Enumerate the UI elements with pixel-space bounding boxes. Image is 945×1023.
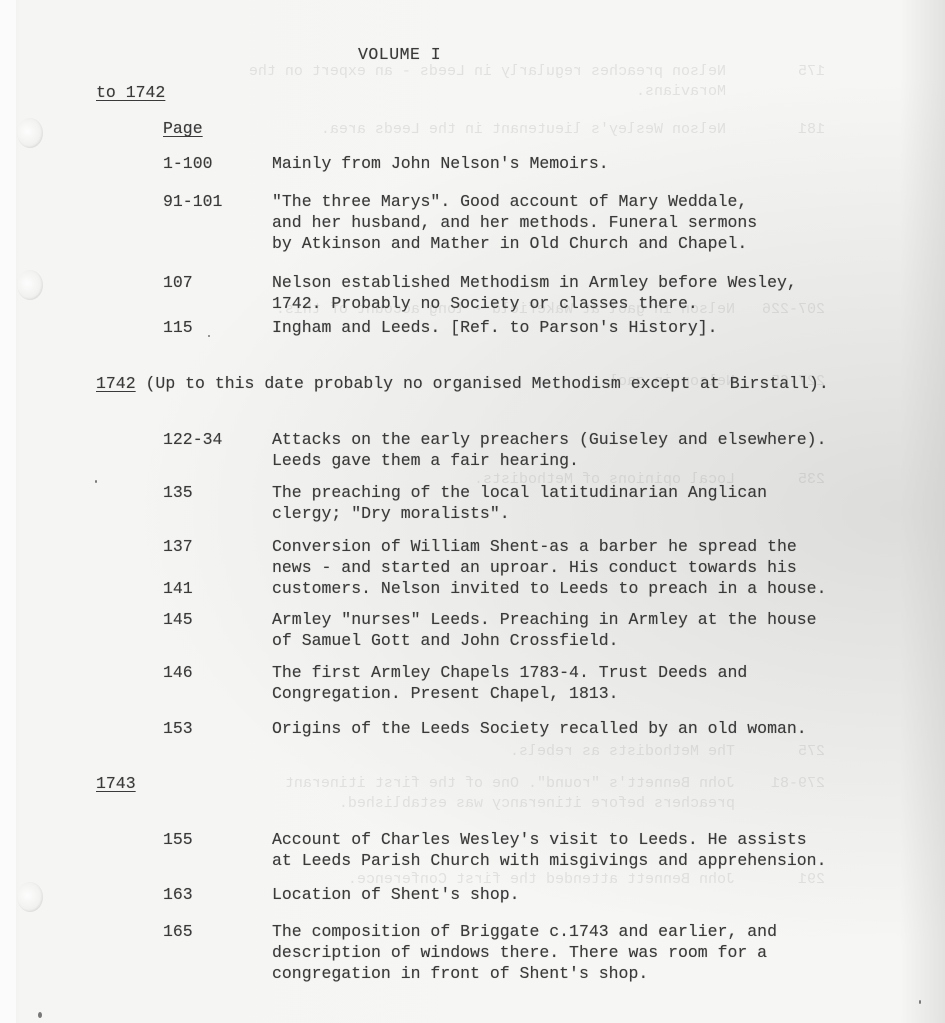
entry-page: 107	[163, 272, 263, 293]
page-column-header: Page	[163, 118, 203, 139]
section-heading: to 1742	[96, 82, 165, 103]
scan-speck	[208, 335, 210, 337]
entry-page: 1-100	[163, 153, 263, 174]
entry-page: 165	[163, 921, 263, 942]
entry-page: 137	[163, 536, 263, 557]
scan-speck	[919, 1000, 921, 1004]
entry-text: Nelson established Methodism in Armley b…	[272, 272, 937, 314]
section-heading: 1742	[96, 374, 136, 393]
document-title: VOLUME I	[358, 44, 441, 65]
entry-text: Location of Shent's shop.	[272, 884, 937, 905]
entry-page: 145	[163, 609, 263, 630]
entry-page: 163	[163, 884, 263, 905]
entry-text: Account of Charles Wesley's visit to Lee…	[272, 829, 937, 871]
entry-text: Attacks on the early preachers (Guiseley…	[272, 429, 937, 471]
scanned-page: 175 Nelson preaches regularly in Leeds -…	[0, 0, 945, 1023]
section-note: (Up to this date probably no organised M…	[136, 374, 829, 393]
entry-page: 91-101	[163, 191, 263, 212]
entry-page: 153	[163, 718, 263, 739]
entry-page: 122-34	[163, 429, 263, 450]
scan-speck	[38, 1012, 42, 1018]
entry-text: Armley "nurses" Leeds. Preaching in Arml…	[272, 609, 937, 651]
entry-text: The preaching of the local latitudinaria…	[272, 482, 937, 524]
entry-page: 135	[163, 482, 263, 503]
entry-text: The composition of Briggate c.1743 and e…	[272, 921, 937, 984]
entry-text: Origins of the Leeds Society recalled by…	[272, 718, 937, 739]
entry-text: Conversion of William Shent-as a barber …	[272, 536, 937, 599]
entry-page: 146	[163, 662, 263, 683]
entry-text: Mainly from John Nelson's Memoirs.	[272, 153, 937, 174]
index-document: VOLUME I to 1742 Page 1-100 Mainly from …	[0, 0, 945, 1023]
entry-text: Ingham and Leeds. [Ref. to Parson's Hist…	[272, 317, 937, 338]
scan-speck	[95, 480, 97, 483]
entry-text: The first Armley Chapels 1783-4. Trust D…	[272, 662, 937, 704]
entry-page: 115	[163, 317, 263, 338]
section-heading: 1743	[96, 773, 136, 794]
entry-page-secondary: 141	[163, 578, 263, 599]
entry-text: "The three Marys". Good account of Mary …	[272, 191, 937, 254]
section-heading-with-note: 1742 (Up to this date probably no organi…	[96, 373, 829, 394]
entry-page: 155	[163, 829, 263, 850]
